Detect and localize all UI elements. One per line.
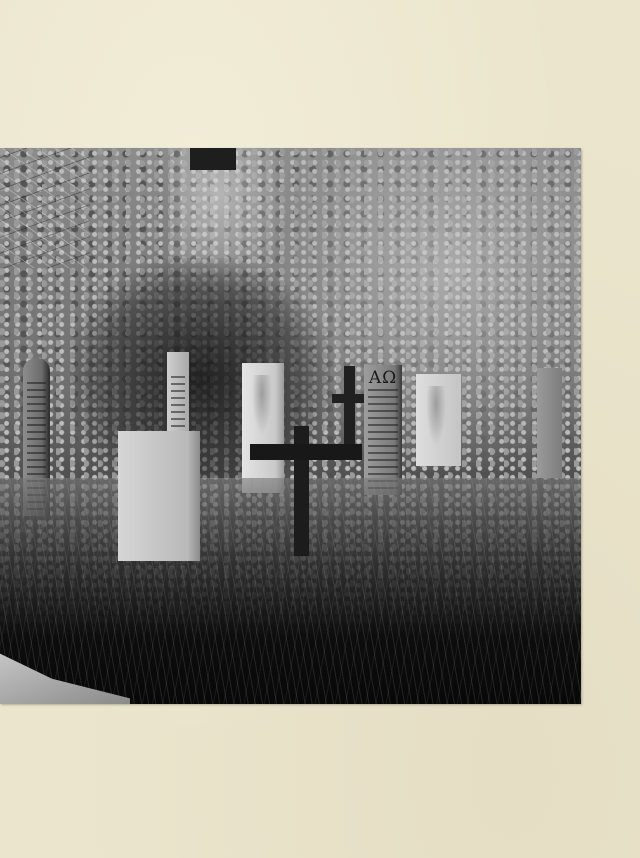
rear-wooden-cross-arm <box>332 394 366 403</box>
carved-emblem-headstone <box>416 374 461 466</box>
figure-relief <box>252 375 272 435</box>
rear-wooden-cross <box>344 366 355 456</box>
graveyard-photograph: ΑΩ <box>0 148 581 704</box>
headstone-inscription <box>171 376 185 430</box>
narrow-inscribed-headstone <box>167 352 189 436</box>
relief-headstone <box>242 363 284 493</box>
front-wooden-cross-arm <box>250 444 362 460</box>
tree-trunk <box>190 148 236 170</box>
alpha-omega-headstone: ΑΩ <box>364 365 402 495</box>
large-square-headstone <box>118 431 200 561</box>
plain-post-headstone <box>537 368 562 478</box>
alpha-omega-text: ΑΩ <box>364 368 402 388</box>
tall-grass <box>0 478 581 704</box>
bare-branches <box>0 148 90 268</box>
emblem-relief <box>426 386 446 446</box>
headstone-inscription <box>368 389 398 489</box>
